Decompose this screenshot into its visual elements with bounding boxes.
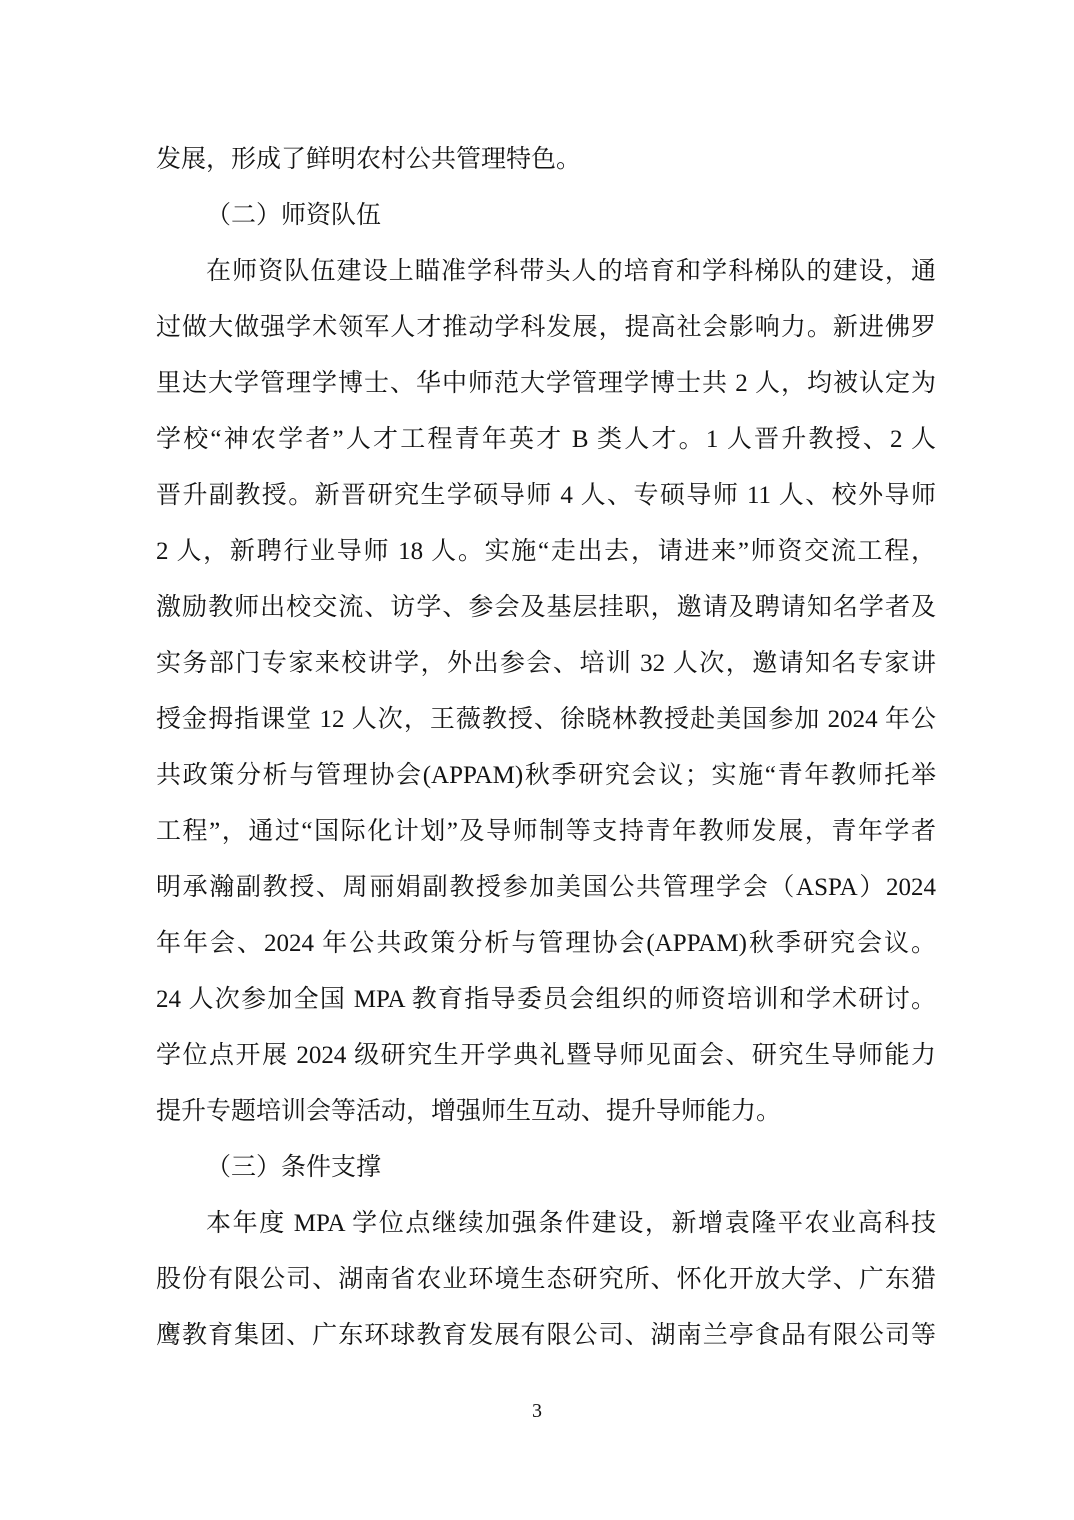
page-number: 3 [0, 1386, 1074, 1436]
text-line: 实务部门专家来校讲学，外出参会、培训 32 人次，邀请知名专家讲 [156, 636, 936, 692]
text-line: 2 人，新聘行业导师 18 人。实施“走出去，请进来”师资交流工程， [156, 524, 936, 580]
section-heading: （二）师资队伍 [156, 188, 936, 244]
text-line: 工程”，通过“国际化计划”及导师制等支持青年教师发展，青年学者 [156, 804, 936, 860]
text-line: 年年会、2024 年公共政策分析与管理协会(APPAM)秋季研究会议。 [156, 916, 936, 972]
text-line: 在师资队伍建设上瞄准学科带头人的培育和学科梯队的建设，通 [156, 244, 936, 300]
text-line: 24 人次参加全国 MPA 教育指导委员会组织的师资培训和学术研讨。 [156, 972, 936, 1028]
text-line: 鹰教育集团、广东环球教育发展有限公司、湖南兰亭食品有限公司等 [156, 1308, 936, 1364]
text-line: 股份有限公司、湖南省农业环境生态研究所、怀化开放大学、广东猎 [156, 1252, 936, 1308]
text-line: 授金拇指课堂 12 人次，王薇教授、徐晓林教授赴美国参加 2024 年公 [156, 692, 936, 748]
text-line: 学校“神农学者”人才工程青年英才 B 类人才。1 人晋升教授、2 人 [156, 412, 936, 468]
text-line: 提升专题培训会等活动，增强师生互动、提升导师能力。 [156, 1084, 936, 1140]
text-line: 晋升副教授。新晋研究生学硕导师 4 人、专硕导师 11 人、校外导师 [156, 468, 936, 524]
text-line: 里达大学管理学博士、华中师范大学管理学博士共 2 人，均被认定为 [156, 356, 936, 412]
text-line: 共政策分析与管理协会(APPAM)秋季研究会议；实施“青年教师托举 [156, 748, 936, 804]
document-body: 发展，形成了鲜明农村公共管理特色。 （二）师资队伍 在师资队伍建设上瞄准学科带头… [156, 132, 936, 1364]
text-line: 激励教师出校交流、访学、参会及基层挂职，邀请及聘请知名学者及 [156, 580, 936, 636]
section-heading: （三）条件支撑 [156, 1140, 936, 1196]
document-page: 发展，形成了鲜明农村公共管理特色。 （二）师资队伍 在师资队伍建设上瞄准学科带头… [0, 0, 1074, 1520]
text-line: 明承瀚副教授、周丽娟副教授参加美国公共管理学会（ASPA）2024 [156, 860, 936, 916]
text-line: 过做大做强学术领军人才推动学科发展，提高社会影响力。新进佛罗 [156, 300, 936, 356]
text-line: 本年度 MPA 学位点继续加强条件建设，新增袁隆平农业高科技 [156, 1196, 936, 1252]
text-line: 学位点开展 2024 级研究生开学典礼暨导师见面会、研究生导师能力 [156, 1028, 936, 1084]
text-line: 发展，形成了鲜明农村公共管理特色。 [156, 132, 936, 188]
